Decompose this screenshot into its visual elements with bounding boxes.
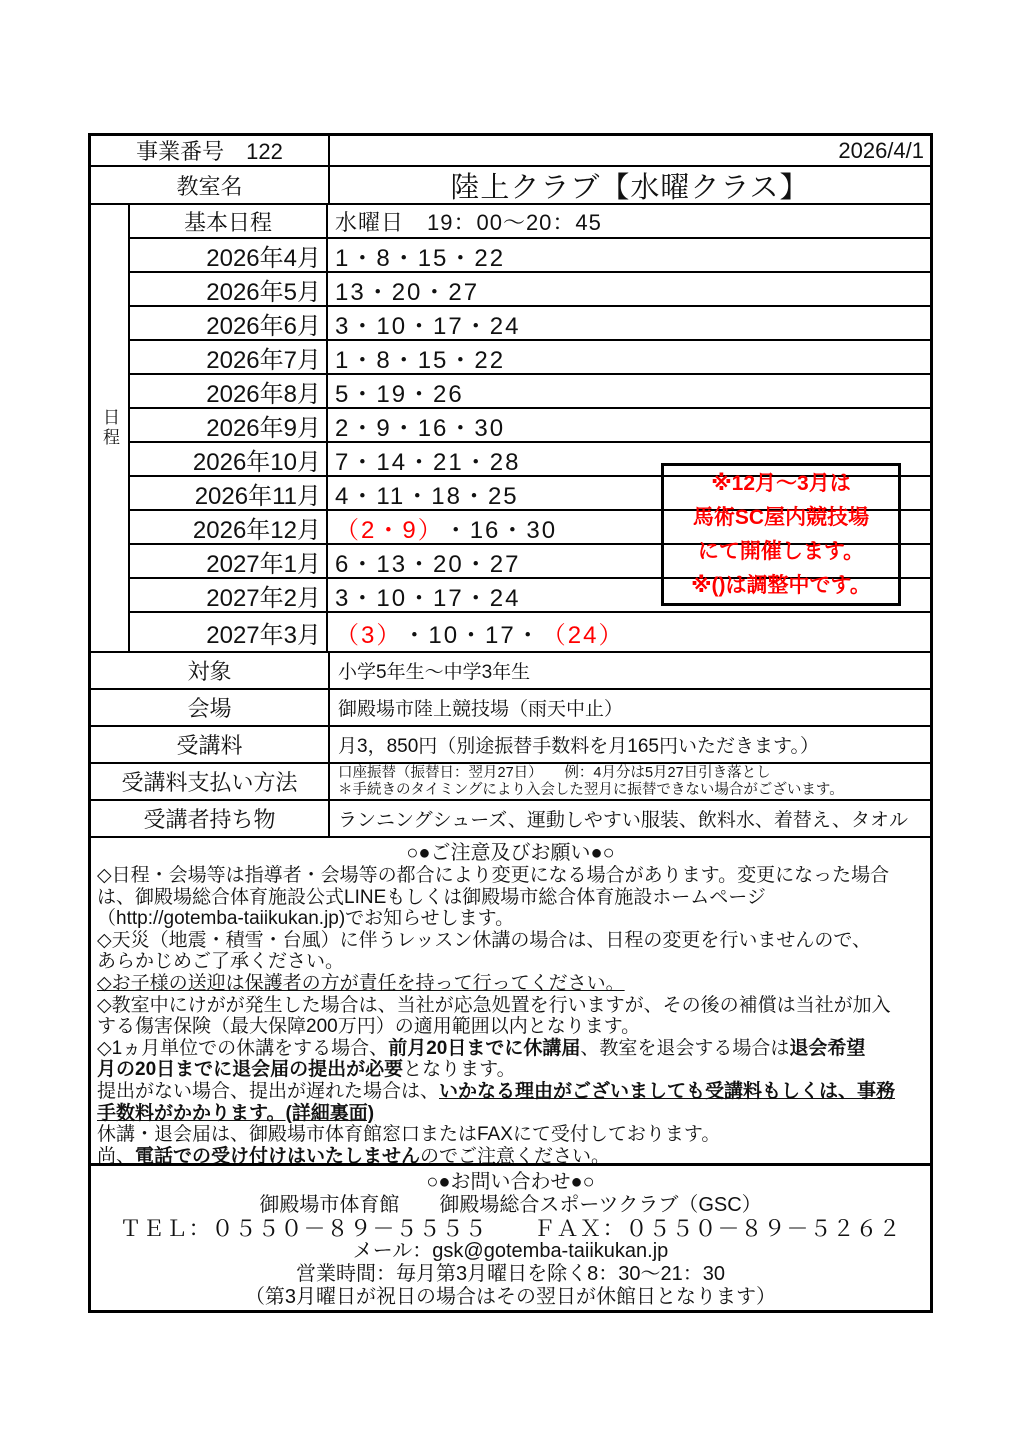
- info-row-payment: 受講料支払い方法 口座振替（振替日：翌月27日） 例：4月分は5月27日引き落と…: [91, 764, 930, 801]
- info-row-target: 対象 小学5年生～中学3年生: [91, 653, 930, 690]
- info-label: 受講者持ち物: [91, 801, 330, 836]
- business-number-label: 事業番号 122: [91, 136, 330, 165]
- month-label: 2026年11月: [130, 477, 328, 509]
- note-line: （http://gotemba-taiikukan.jp)でお知らせします。: [97, 908, 930, 930]
- class-name-row: 教室名 陸上クラブ【水曜クラス】: [91, 167, 930, 205]
- info-label: 受講料: [91, 727, 330, 762]
- notes-section: ○●ご注意及びお願い●○ ◇日程・会場等は指導者・会場等の都合により変更になる場…: [91, 838, 930, 1166]
- class-info-sheet: 事業番号 122 2026/4/1 教室名 陸上クラブ【水曜クラス】 日程 基本…: [88, 133, 933, 1313]
- note-line: ◇お子様の送迎は保護者の方が責任を持って行ってください。: [97, 973, 930, 995]
- info-value-line: 口座振替（振替日：翌月27日） 例：4月分は5月27日引き落とし: [338, 765, 930, 782]
- venue-change-note: ※12月～3月は 馬術SC屋内競技場 にて開催します。 ※()は調整中です。: [661, 463, 901, 606]
- month-label: 2026年8月: [130, 375, 328, 407]
- info-value: 口座振替（振替日：翌月27日） 例：4月分は5月27日引き落とし ＊手続きのタイ…: [330, 764, 930, 799]
- month-label: 2026年12月: [130, 511, 328, 543]
- note-line: 休講・退会届は、御殿場市体育館窓口またはFAXにて受付しております。: [97, 1124, 930, 1146]
- note-line: 尚、電話での受け付けはいたしませんのでご注意ください。: [97, 1146, 930, 1166]
- month-label: 2027年1月: [130, 545, 328, 577]
- schedule-month-row: 2026年6月 3・10・17・24: [130, 307, 930, 341]
- info-value-line: 月3，850円（別途振替手数料を月165円いただきます。）: [338, 731, 930, 758]
- month-label: 2026年5月: [130, 273, 328, 305]
- month-label: 2026年9月: [130, 409, 328, 441]
- note-line: ◇天災（地震・積雪・台風）に伴うレッスン休講の場合は、日程の変更を行いませんので…: [97, 930, 930, 952]
- month-dates: 3・10・17・24: [328, 307, 930, 339]
- schedule-month-row: 2026年9月 2・9・16・30: [130, 409, 930, 443]
- info-label: 対象: [91, 653, 330, 688]
- basic-schedule-label: 基本日程: [130, 205, 328, 237]
- month-label: 2026年10月: [130, 443, 328, 475]
- note-line: 提出がない場合、提出が遅れた場合は、いかなる理由がございましても受講料もしくは、…: [97, 1081, 930, 1103]
- info-value: 月3，850円（別途振替手数料を月165円いただきます。）: [330, 727, 930, 762]
- venue-note-line: ※12月～3月は: [664, 467, 898, 501]
- contact-hours: 営業時間：毎月第3月曜日を除く8：30～21：30: [91, 1263, 930, 1286]
- contact-email: メール：gsk@gotemba-taiikukan.jp: [91, 1240, 930, 1263]
- business-number-row: 事業番号 122 2026/4/1: [91, 136, 930, 167]
- note-line: ◇教室中にけがが発生した場合は、当社が応急処置を行いますが、その後の補償は当社が…: [97, 995, 930, 1017]
- schedule-month-row: 2026年4月 1・8・15・22: [130, 239, 930, 273]
- venue-note-line: にて開催します。: [664, 535, 898, 569]
- month-dates: （3）・10・17・（24）: [328, 613, 930, 651]
- schedule-side-cell: 日程: [91, 205, 130, 651]
- info-value: 御殿場市陸上競技場（雨天中止）: [330, 690, 930, 725]
- note-line: 月の20日までに退会届の提出が必要となります。: [97, 1059, 930, 1081]
- note-line: は、御殿場総合体育施設公式LINEもしくは御殿場市総合体育施設ホームページ: [97, 887, 930, 909]
- basic-schedule-row: 基本日程 水曜日 19：00～20：45: [130, 205, 930, 239]
- schedule-month-row: 2026年7月 1・8・15・22: [130, 341, 930, 375]
- schedule-vertical-label: 日程: [97, 408, 122, 448]
- month-label: 2027年3月: [130, 613, 328, 651]
- venue-note-line: ※()は調整中です。: [664, 569, 898, 603]
- venue-note-line: 馬術SC屋内競技場: [664, 501, 898, 535]
- notes-title: ○●ご注意及びお願い●○: [97, 841, 930, 865]
- info-value: 小学5年生～中学3年生: [330, 653, 930, 688]
- info-value-line: ランニングシューズ、運動しやすい服装、飲料水、着替え、タオル: [338, 805, 930, 832]
- month-label: 2027年2月: [130, 579, 328, 611]
- note-line: ◇1ヵ月単位での休講をする場合、前月20日までに休講届、教室を退会する場合は退会…: [97, 1038, 930, 1060]
- month-dates: 5・19・26: [328, 375, 930, 407]
- info-value-line: 御殿場市陸上競技場（雨天中止）: [338, 694, 930, 721]
- info-label: 会場: [91, 690, 330, 725]
- schedule-month-row: 2026年5月 13・20・27: [130, 273, 930, 307]
- schedule-month-row: 2027年3月 （3）・10・17・（24）: [130, 613, 930, 651]
- contact-section: ○●お問い合わせ●○ 御殿場市体育館 御殿場総合スポーツクラブ（GSC） ＴＥＬ…: [91, 1166, 930, 1310]
- month-label: 2026年7月: [130, 341, 328, 373]
- schedule-month-row: 2026年8月 5・19・26: [130, 375, 930, 409]
- month-label: 2026年6月: [130, 307, 328, 339]
- contact-tel-fax: ＴＥＬ：０５５０－８９－５５５５ ＦＡＸ：０５５０－８９－５２６２: [91, 1217, 930, 1240]
- contact-title: ○●お問い合わせ●○: [91, 1171, 930, 1194]
- note-line: ◇日程・会場等は指導者・会場等の都合により変更になる場合があります。変更になった…: [97, 865, 930, 887]
- class-name-label: 教室名: [91, 167, 330, 203]
- info-value-line: 小学5年生～中学3年生: [338, 657, 930, 684]
- contact-organization: 御殿場市体育館 御殿場総合スポーツクラブ（GSC）: [91, 1194, 930, 1217]
- month-dates: 1・8・15・22: [328, 341, 930, 373]
- basic-schedule-value: 水曜日 19：00～20：45: [328, 205, 930, 237]
- issue-date: 2026/4/1: [330, 136, 930, 165]
- info-label: 受講料支払い方法: [91, 764, 330, 799]
- note-line: する傷害保険（最大保障200万円）の適用範囲以内となります。: [97, 1016, 930, 1038]
- note-line: 手数料がかかります。(詳細裏面): [97, 1103, 930, 1125]
- info-row-fee: 受講料 月3，850円（別途振替手数料を月165円いただきます。）: [91, 727, 930, 764]
- note-line: あらかじめご了承ください。: [97, 951, 930, 973]
- contact-hours-note: （第3月曜日が祝日の場合はその翌日が休館日となります）: [91, 1286, 930, 1309]
- month-dates: 2・9・16・30: [328, 409, 930, 441]
- info-value-line: ＊手続きのタイミングにより入会した翌月に振替できない場合がございます。: [338, 782, 930, 799]
- info-value: ランニングシューズ、運動しやすい服装、飲料水、着替え、タオル: [330, 801, 930, 836]
- month-dates: 1・8・15・22: [328, 239, 930, 271]
- info-row-venue: 会場 御殿場市陸上競技場（雨天中止）: [91, 690, 930, 727]
- class-name-title: 陸上クラブ【水曜クラス】: [330, 167, 930, 203]
- info-row-items: 受講者持ち物 ランニングシューズ、運動しやすい服装、飲料水、着替え、タオル: [91, 801, 930, 838]
- month-dates: 13・20・27: [328, 273, 930, 305]
- month-label: 2026年4月: [130, 239, 328, 271]
